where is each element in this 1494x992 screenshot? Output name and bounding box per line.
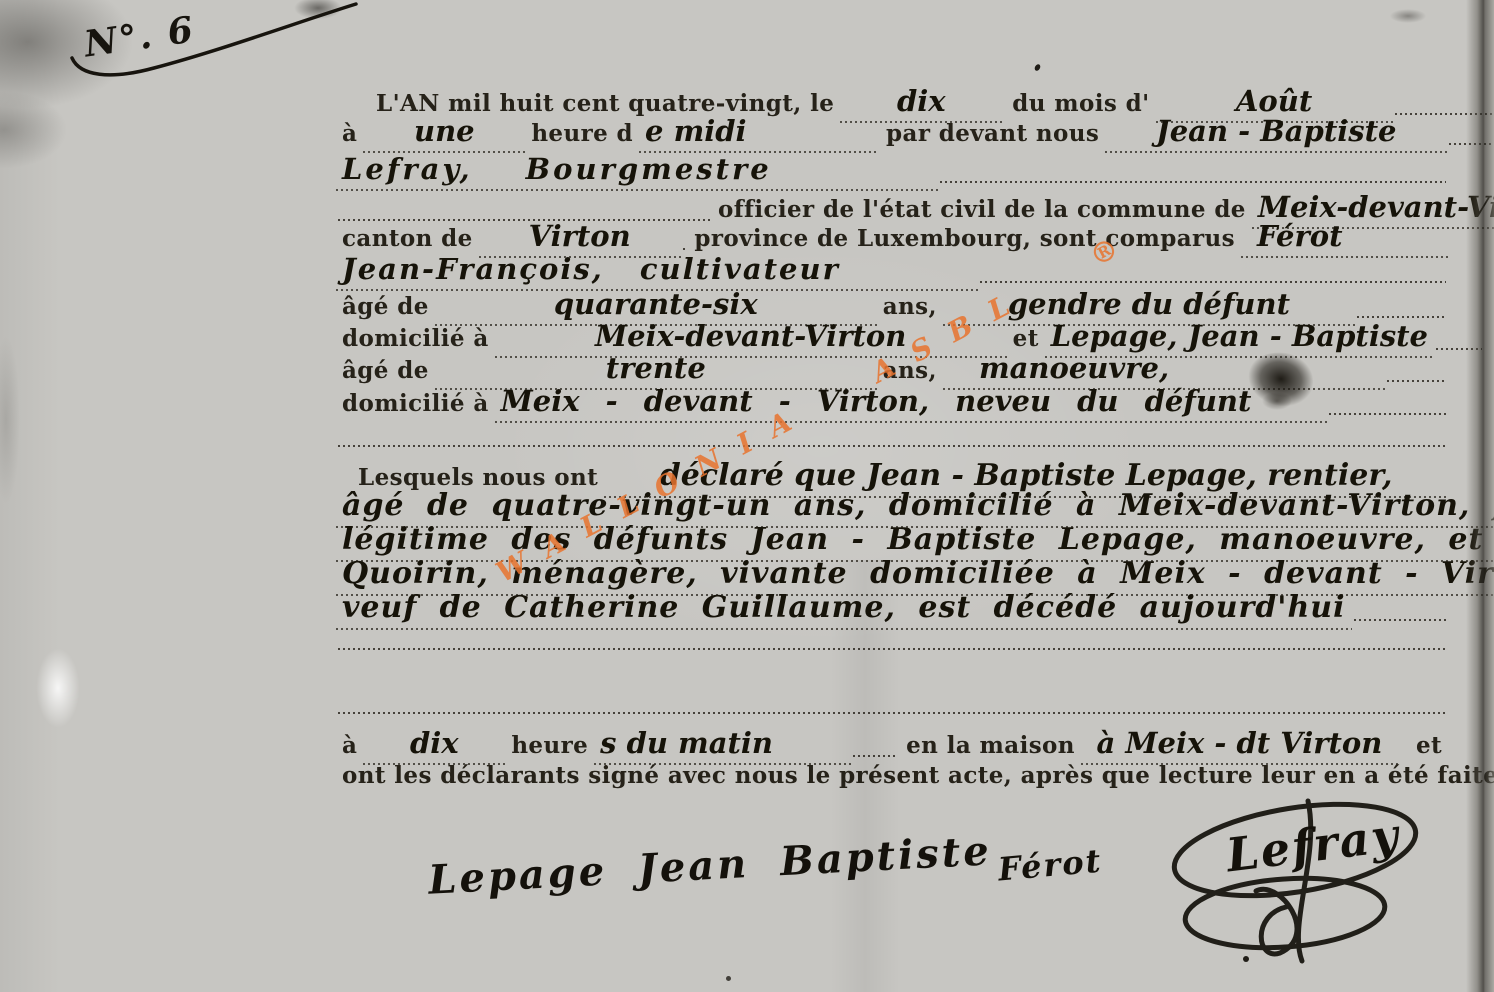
printed-text: et: [1013, 325, 1039, 352]
dotted-leader: [338, 445, 1446, 448]
printed-text: Lesquels nous ont: [358, 464, 598, 491]
handwritten-text: e midi: [639, 114, 876, 153]
dotted-leader: [683, 248, 687, 251]
printed-text: L'AN mil huit cent quatre-vingt, le: [342, 90, 834, 117]
printed-text: âgé de: [342, 357, 429, 384]
handwritten-text: une: [363, 114, 525, 153]
printed-text: du mois d': [1012, 90, 1149, 117]
printed-text: heure d: [531, 120, 633, 147]
handwritten-text: Jean-François, cultivateur: [336, 252, 978, 291]
scanned-document-page: N°. 6 L'AN mil huit cent quatre-vingt, l…: [0, 0, 1494, 992]
line-hour-officer: àuneheure de midipar devant nousJean - B…: [336, 114, 1448, 152]
printed-text: ans,: [883, 293, 937, 320]
printed-text: à: [342, 120, 357, 147]
handwritten-text: à Meix - dt Virton: [1081, 726, 1398, 765]
signature-flourish: [1160, 795, 1430, 975]
paper-crease: [830, 560, 900, 992]
line-declarant1-name: Jean-François, cultivateur: [336, 252, 1448, 290]
printed-text: âgé de: [342, 293, 429, 320]
dotted-leader: [1387, 380, 1446, 383]
handwritten-text: dix: [363, 726, 505, 765]
dotted-leader: [1329, 413, 1446, 416]
page-edge-shadow: [1466, 0, 1494, 992]
printed-text: domicilié à: [342, 325, 489, 352]
printed-text: par devant nous: [886, 120, 1099, 147]
printed-text: et: [1404, 732, 1442, 759]
ink-speck: [1243, 956, 1249, 962]
dotted-leader: [940, 181, 1446, 184]
printed-text: à: [342, 732, 357, 759]
handwritten-text: Jean - Baptiste: [1105, 114, 1447, 153]
line-deceased-age: âgé de quatre-vingt-un ans, domicilié à …: [336, 488, 1448, 526]
line-officer-name: Lefray, Bourgmestre: [336, 152, 1448, 190]
handwritten-text: Lefray, Bourgmestre: [336, 152, 938, 191]
printed-text: province de Luxembourg, sont comparus: [694, 225, 1235, 252]
dotted-leader: [1357, 316, 1446, 319]
line-blank-rule-1: [336, 416, 1448, 454]
printed-text: ont les déclarants signé avec nous le pr…: [342, 762, 1494, 789]
ink-blot-small: [1262, 392, 1292, 410]
handwritten-text: s du matin: [594, 726, 851, 765]
ink-speck: [726, 976, 731, 981]
printed-text: heure: [511, 732, 588, 759]
printed-text: en la maison: [906, 732, 1075, 759]
printed-text: canton de: [342, 225, 473, 252]
printed-text: domicilié à: [342, 390, 489, 417]
